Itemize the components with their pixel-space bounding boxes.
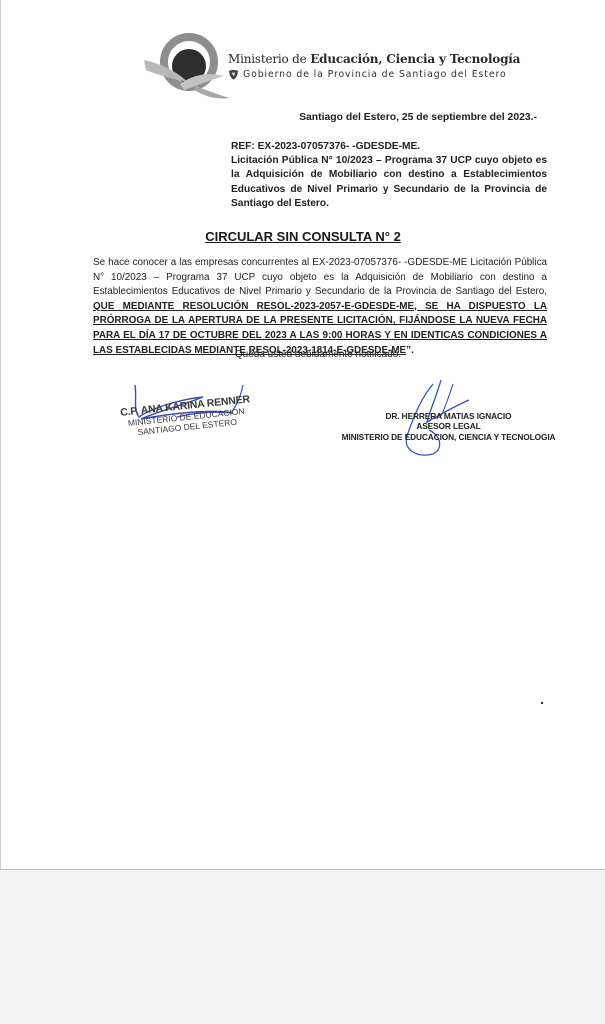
ministry-name-bold: Educación, Ciencia y Tecnología: [310, 52, 520, 66]
signer-right-block: DR. HERRERA MATIAS IGNACIO ASESOR LEGAL …: [341, 411, 556, 442]
circular-body: Se hace conocer a las empresas concurren…: [93, 256, 547, 358]
government-name: Gobierno de la Provincia de Santiago del…: [243, 69, 507, 80]
ministry-name: Ministerio de Educación, Ciencia y Tecno…: [228, 52, 520, 66]
body-intro: Se hace conocer a las empresas concurren…: [93, 257, 547, 297]
signer-right-org: MINISTERIO DE EDUCACION, CIENCIA Y TECNO…: [341, 432, 556, 442]
signature-left: C.P. ANA KARINA RENNER MINISTERIO DE EDU…: [113, 383, 263, 463]
letterhead: Ministerio de Educación, Ciencia y Tecno…: [228, 52, 520, 80]
signer-right-role: ASESOR LEGAL: [341, 421, 556, 431]
circular-title: CIRCULAR SIN CONSULTA N° 2: [1, 229, 605, 244]
ministry-q-logo-icon: [144, 30, 234, 102]
closing-line: Queda usted debidamente notificado.: [1, 349, 605, 360]
signer-right-name: DR. HERRERA MATIAS IGNACIO: [341, 411, 556, 421]
reference-block: REF: EX-2023-07057376- -GDESDE-ME. Licit…: [231, 140, 547, 211]
date-line: Santiago del Estero, 25 de septiembre de…: [299, 112, 537, 123]
signature-right: DR. HERRERA MATIAS IGNACIO ASESOR LEGAL …: [341, 378, 561, 468]
ministry-prefix: Ministerio de: [228, 52, 310, 66]
ink-speck: [541, 702, 543, 704]
provincial-shield-icon: [228, 69, 239, 80]
reference-description: Licitación Pública N° 10/2023 – Programa…: [231, 154, 547, 211]
reference-number: REF: EX-2023-07057376- -GDESDE-ME.: [231, 140, 547, 154]
body-emphasis: QUE MEDIANTE RESOLUCIÓN RESOL-2023-2057-…: [93, 301, 547, 356]
document-page: Ministerio de Educación, Ciencia y Tecno…: [0, 0, 605, 870]
stamp-left: C.P. ANA KARINA RENNER MINISTERIO DE EDU…: [120, 393, 253, 438]
government-line: Gobierno de la Provincia de Santiago del…: [228, 69, 520, 80]
